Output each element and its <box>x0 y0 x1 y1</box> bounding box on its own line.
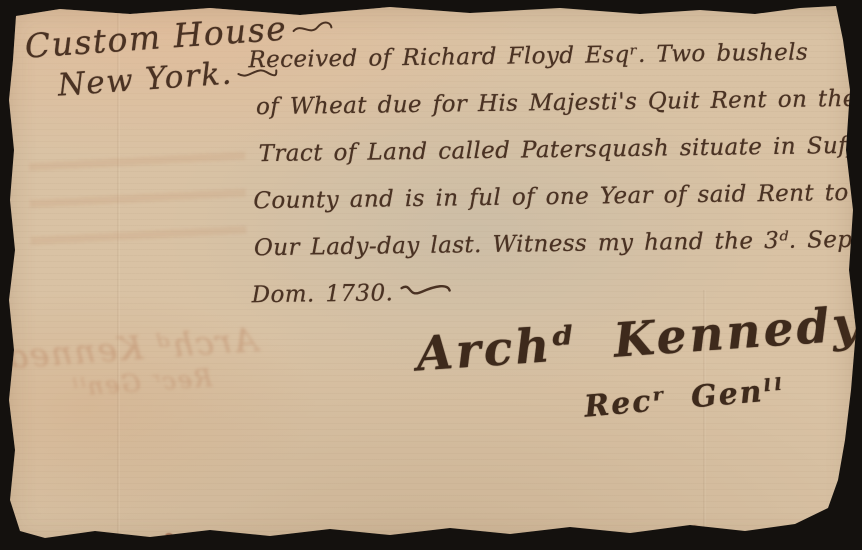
receipt-line: of Wheat due for His Majesti's Quit Rent… <box>256 76 862 131</box>
ink-stain <box>692 525 698 530</box>
ink-bleedthrough-signature: Archᵈ Kennedy Recʳ Genˡˡ <box>19 320 264 440</box>
scan-background: Archᵈ Kennedy Recʳ Genˡˡ Custom House Ne… <box>0 0 862 550</box>
bleedthrough-name: Archᵈ Kennedy <box>19 320 259 376</box>
receipt-line: Our Lady-day last. Witness my hand the 3… <box>254 217 862 272</box>
date-line-text: Dom. 1730. <box>251 280 393 308</box>
ink-stain <box>165 533 173 539</box>
receipt-line: Received of Richard Floyd Esqʳ. Two bush… <box>248 29 861 85</box>
ink-bleedthrough <box>29 146 247 262</box>
flourish-icon <box>397 279 453 300</box>
new-york-text: New York. <box>57 55 234 103</box>
receipt-body: Received of Richard Floyd Esqʳ. Two bush… <box>248 29 862 320</box>
signature-title: Recʳ Genˡˡ <box>583 372 786 424</box>
receipt-line: County and is in ful of one Year of said… <box>253 170 862 225</box>
receipt-document: Archᵈ Kennedy Recʳ Genˡˡ Custom House Ne… <box>0 0 862 550</box>
receipt-line: Tract of Land called Patersquash situate… <box>258 123 862 178</box>
